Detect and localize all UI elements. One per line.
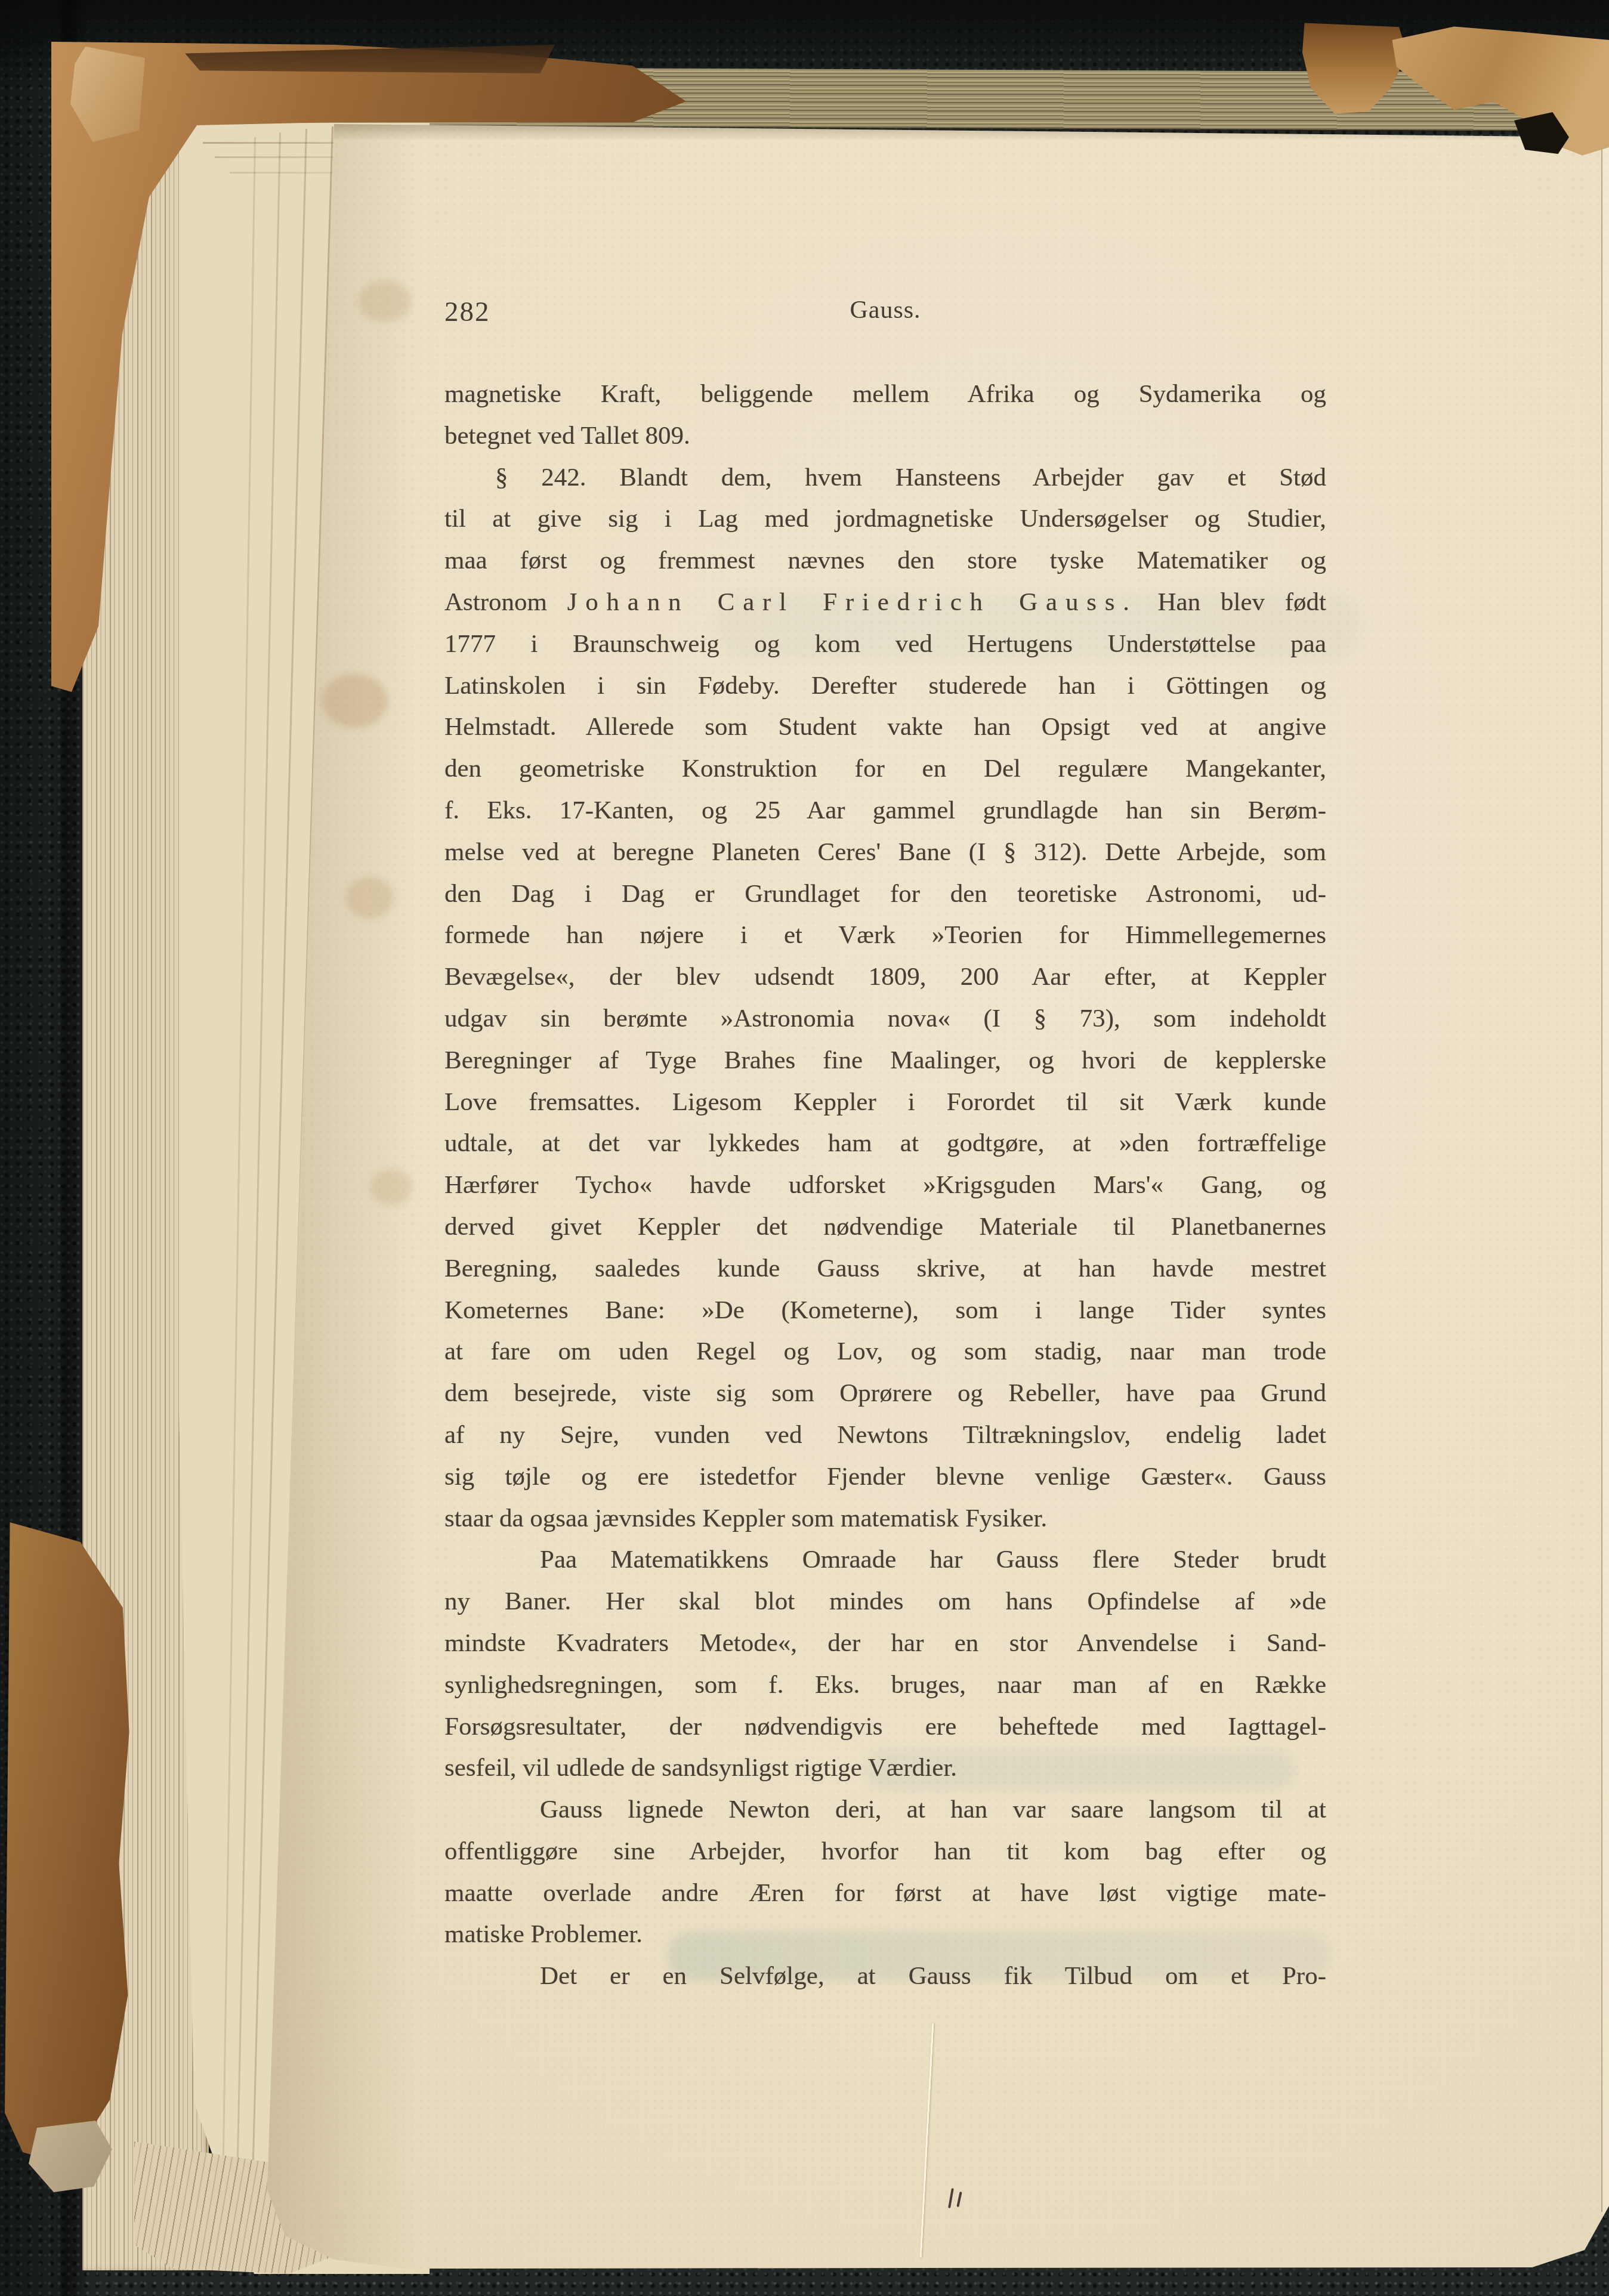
foxing-stain [346,877,394,919]
text-line: Hærfører Tycho« havde udforsket »Krigsgu… [444,1164,1326,1206]
text-line: ny Baner. Her skal blot mindes om hans O… [444,1581,1326,1623]
text-line: mindste Kvadraters Metode«, der har en s… [444,1623,1326,1664]
text-line: formede han nøjere i et Værk »Teorien fo… [444,914,1326,956]
text-line: offentliggøre sine Arbejder, hvorfor han… [444,1831,1326,1872]
text-line: Beregninger af Tyge Brahes fine Maalinge… [444,1040,1326,1081]
text-line: maatte overlade andre Æren for først at … [444,1872,1326,1914]
text-line: udtale, at det var lykkedes ham at godtg… [444,1123,1326,1164]
text-line: Astronom Johann Carl Friedrich Gauss. Ha… [444,582,1326,623]
running-title: Gauss. [444,296,1326,325]
text-line: Beregning, saaledes kunde Gauss skrive, … [444,1248,1326,1290]
text-line: udgav sin berømte »Astronomia nova« (I §… [444,998,1326,1040]
text-line: Latinskolen i sin Fødeby. Derefter stude… [444,665,1326,707]
facing-page-edge [1603,141,1609,2229]
text-line: Kometernes Bane: »De (Kometerne), som i … [444,1290,1326,1331]
text-line: magnetiske Kraft, beliggende mellem Afri… [444,373,1326,415]
text-line: sesfeil, vil udlede de sandsynligst rigt… [444,1747,1326,1789]
text-line: f. Eks. 17-Kanten, og 25 Aar gammel grun… [444,790,1326,832]
text-line: den Dag i Dag er Grundlaget for den teor… [444,873,1326,915]
text-line: betegnet ved Tallet 809. [444,415,1326,457]
text-line: den geometriske Konstruktion for en Del … [444,748,1326,790]
text-line: Paa Matematikkens Omraade har Gauss fler… [444,1539,1326,1581]
text-line: matiske Problemer. [444,1914,1326,1955]
text-line: derved givet Keppler det nødvendige Mate… [444,1206,1326,1248]
text-line: at fare om uden Regel og Lov, og som sta… [444,1331,1326,1373]
text-segment: Johann Carl Friedrich Gauss. [567,588,1138,616]
text-segment: Astronom [444,588,567,616]
text-line: til at give sig i Lag med jordmagnetiske… [444,498,1326,540]
text-line: melse ved at beregne Planeten Ceres' Ban… [444,832,1326,873]
text-line: Det er en Selvfølge, at Gauss fik Tilbud… [444,1955,1326,1997]
foxing-stain [370,1169,412,1205]
text-line: Helmstadt. Allerede som Student vakte ha… [444,706,1326,748]
text-line: synlighedsregningen, som f. Eks. bruges,… [444,1664,1326,1706]
text-line: dem besejrede, viste sig som Oprørere og… [444,1373,1326,1414]
text-line: maa først og fremmest nævnes den store t… [444,540,1326,582]
text-line: sig tøjle og ere istedetfor Fjender blev… [444,1456,1326,1498]
book-scan: 282 Gauss. magnetiske Kraft, beliggende … [0,0,1609,2296]
text-line: staar da ogsaa jævnsides Keppler som mat… [444,1498,1326,1540]
text-block: 282 Gauss. magnetiske Kraft, beliggende … [444,296,1326,1997]
text-line: 1777 i Braunschweig og kom ved Hertugens… [444,623,1326,665]
text-line: Love fremsattes. Ligesom Keppler i Foror… [444,1081,1326,1123]
text-line: § 242. Blandt dem, hvem Hansteens Arbejd… [444,457,1326,499]
facing-page-edge-line [1601,142,1602,2212]
foxing-stain [322,674,388,728]
body-text: magnetiske Kraft, beliggende mellem Afri… [444,373,1326,1997]
text-line: Forsøgsresultater, der nødvendigvis ere … [444,1706,1326,1748]
page-header: 282 Gauss. [444,296,1326,332]
text-line: af ny Sejre, vunden ved Newtons Tiltrækn… [444,1414,1326,1456]
text-segment: Han blev født [1138,588,1326,616]
foxing-stain [358,280,412,322]
text-line: Gauss lignede Newton deri, at han var sa… [444,1789,1326,1831]
text-line: Bevægelse«, der blev udsendt 1809, 200 A… [444,956,1326,998]
